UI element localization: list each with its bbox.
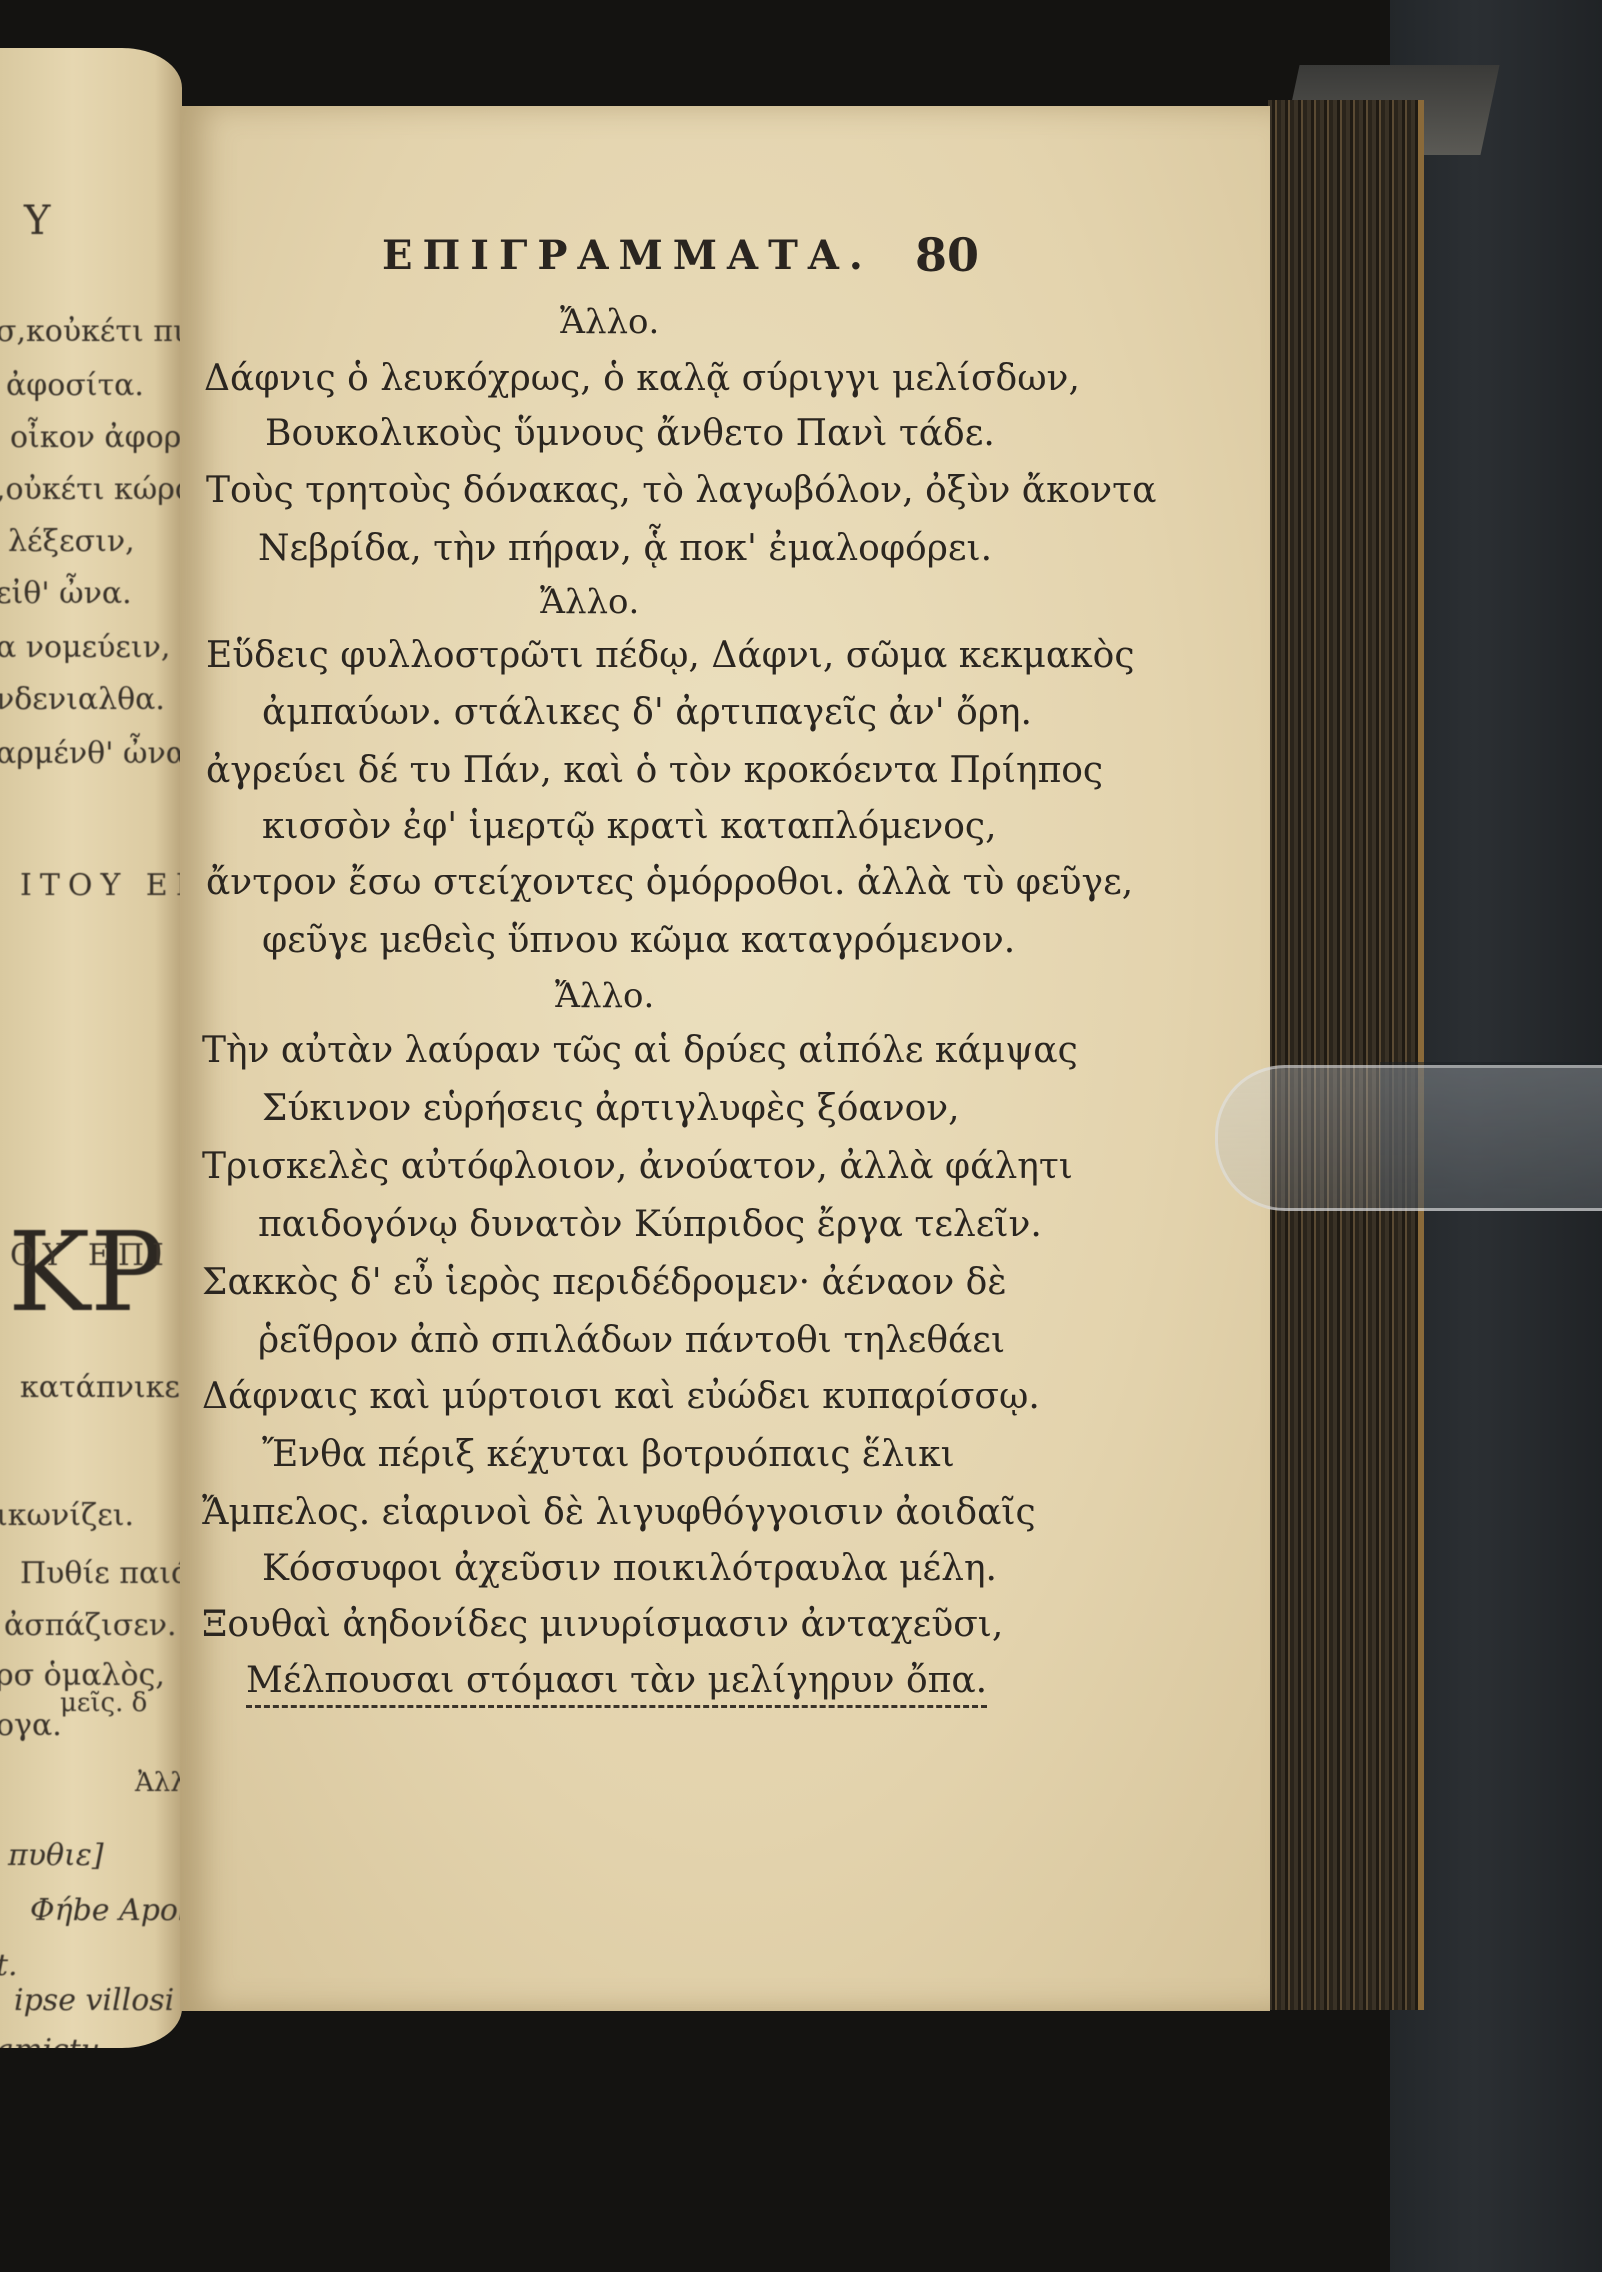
verse-line: ῥεῖθρον ἀπὸ σπιλάδων πάντοθι τηλεθάει [258, 1320, 1005, 1361]
verse-line: ἀγρεύει δέ τυ Πάν, καὶ ὁ τὸν κροκόεντα Π… [206, 750, 1103, 791]
verse-line: Τρισκελὲς αὐτόφλοιον, ἀνούατον, ἀλλὰ φάλ… [202, 1146, 1073, 1187]
left-page-line: λέξεσιν, [8, 524, 135, 559]
running-head: ΕΠΙΓΡΑΜΜΑΤΑ. [382, 232, 873, 279]
left-page-line: ικωνίζει. [0, 1498, 134, 1533]
page-number: 80 [915, 228, 979, 282]
verse-line: Ἄμπελος. εἰαρινοὶ δὲ λιγυφθόγγοισιν ἀοιδ… [202, 1492, 1036, 1533]
verse-line: Σύκινον εὑρήσεις ἀρτιγλυφὲς ξόανον, [262, 1088, 960, 1129]
verse-line: παιδογόνῳ δυνατὸν Κύπριδος ἔργα τελεῖν. [258, 1204, 1042, 1245]
verse-line: Δάφνις ὁ λευκόχρως, ὁ καλᾷ σύριγγι μελίσ… [204, 358, 1080, 399]
handwritten-note: Φήbe Apollo: [30, 1893, 182, 1928]
epigram-heading: Ἄλλο. [560, 302, 659, 342]
left-page-line: ἀφοσίτα. [6, 368, 144, 403]
left-page-line: Υ [24, 198, 50, 244]
verse-line: Εὕδεις φυλλοστρῶτι πέδῳ, Δάφνι, σῶμα κεκ… [206, 635, 1135, 676]
left-page-line: εἰθ' ὦνα. [0, 576, 132, 611]
left-page-line: νδενιαλθα. [0, 682, 165, 717]
left-page-line: ΟΥ ΕΠΙ [10, 1238, 172, 1273]
book-fore-edge [1268, 100, 1424, 2010]
left-page-line: σ,κοὐκέτι πισ [0, 314, 182, 349]
left-page-line: οἶκον ἀφορτῶ, [10, 420, 182, 455]
verse-line: Κόσσυφοι ἀχεῦσιν ποικιλότραυλα μέλη. [262, 1548, 997, 1589]
verse-line: Βουκολικοὺς ὕμνους ἄνθετο Πανὶ τάδε. [265, 413, 995, 454]
handwritten-note: πυθιε] [8, 1838, 104, 1873]
left-page-line: ΙΤΟΥ ΕΙ [20, 868, 182, 903]
left-page-line: κατάπνικε [20, 1370, 180, 1405]
book-clip [1215, 1065, 1602, 1211]
left-page-line: αρμένθ' ὦνα [0, 736, 182, 771]
left-page-line: ογα. [0, 1708, 62, 1743]
verse-line: κισσὸν ἐφ' ἱμερτῷ κρατὶ καταπλόμενος, [262, 806, 997, 847]
verse-line: ἀμπαύων. στάλικες δ' ἀρτιπαγεῖς ἀν' ὄρη. [262, 692, 1032, 733]
handwritten-note: μεῖς. δ [60, 1688, 147, 1718]
handwritten-note: t. [0, 1948, 18, 1983]
handwritten-note: ipse villosi [14, 1983, 174, 2018]
left-page-line: ἀσπάζισεν. [4, 1608, 177, 1643]
verse-line: Σακκὸς δ' εὖ ἱερὸς περιδέδρομεν· ἀέναον … [202, 1262, 1007, 1303]
verse-line: Δάφναις καὶ μύρτοισι καὶ εὐώδει κυπαρίσσ… [202, 1376, 1040, 1417]
verse-line-underlined: Μέλπουσαι στόμασι τὰν μελίγηρυν ὄπα. [246, 1660, 987, 1708]
verse-line: φεῦγε μεθεὶς ὕπνου κῶμα καταγρόμενον. [262, 920, 1015, 961]
verse-line: Ξουθαὶ ἀηδονίδες μινυρίσμασιν ἀνταχεῦσι, [202, 1604, 1003, 1645]
verse-line: Ἔνθα πέριξ κέχυται βοτρυόπαις ἕλικι [262, 1434, 955, 1475]
verse-line: Τοὺς τρητοὺς δόνακας, τὸ λαγωβόλον, ὀξὺν… [206, 470, 1156, 511]
left-page-line: ,οὐκέτι κώρα, [0, 472, 182, 507]
verse-line: Τὴν αὐτὰν λαύραν τῶς αἱ δρύες αἰπόλε κάμ… [202, 1030, 1078, 1071]
left-page-line: α νομεύειν, [0, 630, 170, 665]
epigram-heading: Ἄλλο. [555, 976, 654, 1016]
left-page: Υ σ,κοὐκέτι πισ ἀφοσίτα. οἶκον ἀφορτῶ, ,… [0, 48, 182, 2048]
verse-line: Νεβρίδα, τὴν πήραν, ᾇ ποκ' ἐμαλοφόρει. [258, 528, 992, 569]
handwritten-note: amictu. [0, 2033, 110, 2048]
verse-line: ἄντρον ἔσω στείχοντες ὁμόρροθοι. ἀλλὰ τὺ… [206, 862, 1133, 903]
epigram-heading: Ἄλλο. [540, 582, 639, 622]
left-page-line: Ἀλλ [135, 1768, 182, 1798]
left-page-line: Πυθίε παιάν [20, 1556, 182, 1591]
